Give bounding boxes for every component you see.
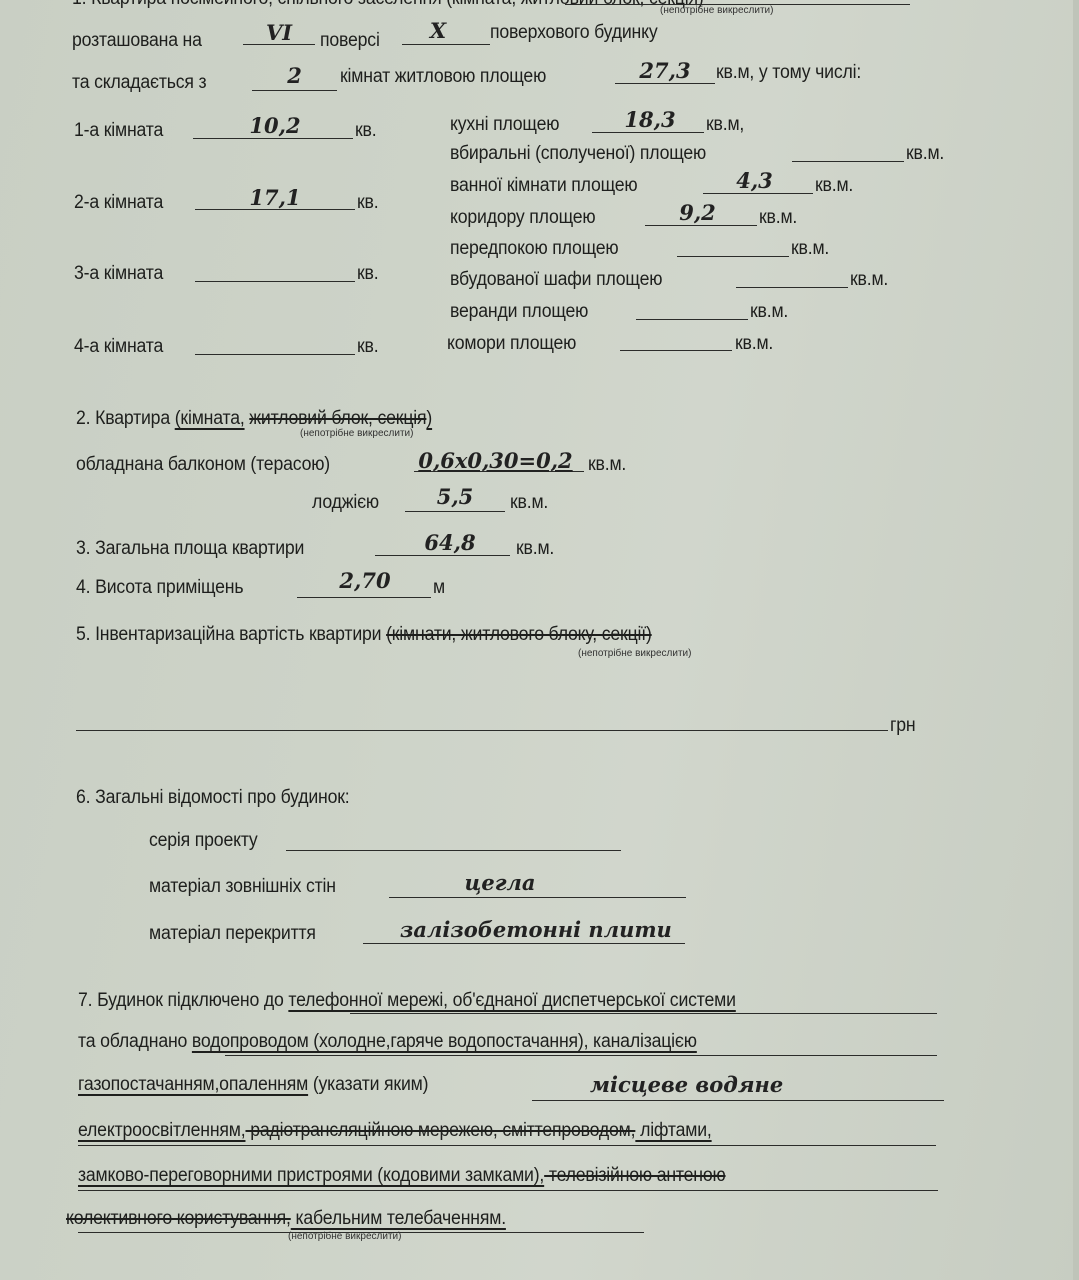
pantry-line bbox=[620, 350, 732, 351]
inventory-cross-out-note: (непотрібне викреслити) bbox=[578, 648, 691, 659]
pantry-unit: кв.м. bbox=[735, 333, 773, 355]
height-unit: м bbox=[433, 577, 445, 599]
bathroom-label: ванної кімнати площею bbox=[450, 175, 637, 197]
walls-label: матеріал зовнішніх стін bbox=[149, 876, 336, 898]
pantry-label: комори площею bbox=[447, 333, 576, 355]
heating-line bbox=[532, 1100, 944, 1101]
utilities-phone-dispatch: телефонної мережі, об'єднаної диспетчерс… bbox=[288, 990, 735, 1011]
balcony-label: обладнана балконом (терасою) bbox=[76, 454, 330, 476]
room-4-unit: кв. bbox=[357, 336, 378, 358]
closet-unit: кв.м. bbox=[850, 269, 888, 291]
floors-total-value[interactable]: X bbox=[402, 18, 474, 43]
kitchen-value[interactable]: 18,3 bbox=[605, 107, 695, 132]
corridor-value[interactable]: 9,2 bbox=[655, 200, 740, 225]
walls-value[interactable]: цегла bbox=[415, 870, 585, 895]
total-area-value[interactable]: 64,8 bbox=[400, 530, 500, 555]
kitchen-label: кухні площею bbox=[450, 114, 559, 136]
section1-top-fragment: 1. Квартира посімейного, спільного засел… bbox=[72, 0, 704, 10]
room-1-label: 1-а кімната bbox=[74, 120, 163, 142]
room-4-label: 4-а кімната bbox=[74, 336, 163, 358]
total-area-label: 3. Загальна площа квартири bbox=[76, 538, 304, 560]
utilities-water-sewer: водопроводом (холодне,гаряче водопостача… bbox=[192, 1031, 697, 1052]
rooms-count-value[interactable]: 2 bbox=[252, 63, 337, 88]
utilities-line-5: замково-переговорними пристроями (кодови… bbox=[78, 1165, 726, 1187]
ceiling-label: матеріал перекриття bbox=[149, 923, 316, 945]
section7-cross-out-note: (непотрібне викреслити) bbox=[288, 1231, 401, 1242]
room-2-value[interactable]: 17,1 bbox=[225, 185, 325, 210]
veranda-unit: кв.м. bbox=[750, 301, 788, 323]
underline-1 bbox=[350, 1013, 937, 1014]
room-1-unit: кв. bbox=[355, 120, 376, 142]
kitchen-line bbox=[592, 132, 704, 133]
room-1-value[interactable]: 10,2 bbox=[225, 113, 325, 138]
total-area-line bbox=[375, 555, 510, 556]
kitchen-unit: кв.м, bbox=[706, 114, 744, 136]
room-2-label: 2-а кімната bbox=[74, 192, 163, 214]
utilities-gas-heating: газопостачанням,опаленням bbox=[78, 1074, 308, 1095]
room-1-line bbox=[193, 138, 353, 139]
balcony-unit: кв.м. bbox=[588, 454, 626, 476]
ceiling-value[interactable]: залізобетонні плити bbox=[400, 917, 720, 942]
veranda-line bbox=[636, 319, 748, 320]
utilities-line-2: та обладнано водопроводом (холодне,гаряч… bbox=[78, 1031, 697, 1053]
utilities-specify-label: (указати яким) bbox=[308, 1074, 428, 1095]
inventory-value-line bbox=[76, 730, 888, 731]
corridor-unit: кв.м. bbox=[759, 207, 797, 229]
utilities-electric: електроосвітленням, bbox=[78, 1120, 245, 1141]
toilet-line bbox=[792, 161, 904, 162]
series-line bbox=[286, 850, 621, 851]
ceiling-line bbox=[363, 943, 685, 944]
rooms-mid: кімнат житловою площею bbox=[340, 66, 546, 88]
utilities-intercom: замково-переговорними пристроями (кодови… bbox=[78, 1165, 544, 1186]
loggia-unit: кв.м. bbox=[510, 492, 548, 514]
room-3-line bbox=[195, 281, 355, 282]
toilet-label: вбиральні (сполученої) площею bbox=[450, 143, 706, 165]
section2-title-text: 2. Квартира bbox=[76, 408, 170, 429]
hallway-unit: кв.м. bbox=[791, 238, 829, 260]
heating-value[interactable]: місцеве водяне bbox=[590, 1072, 810, 1097]
inventory-options: (кімнати, житлового блоку, секції) bbox=[386, 624, 652, 645]
cross-out-note: (непотрібне викреслити) bbox=[660, 5, 773, 16]
floor-suffix: поверхового будинку bbox=[490, 22, 657, 44]
height-label: 4. Висота приміщень bbox=[76, 577, 243, 599]
bathroom-unit: кв.м. bbox=[815, 175, 853, 197]
utilities-cable-tv: кабельним телебаченням. bbox=[291, 1208, 506, 1229]
corridor-label: коридору площею bbox=[450, 207, 596, 229]
utilities-prefix-2: та обладнано bbox=[78, 1031, 192, 1052]
section2-cross-out-note: (непотрібне викреслити) bbox=[300, 428, 413, 439]
floor-prefix: розташована на bbox=[72, 30, 202, 52]
loggia-value[interactable]: 5,5 bbox=[410, 484, 500, 509]
hallway-label: передпокою площею bbox=[450, 238, 618, 260]
utilities-line-6: колективного користування, кабельним тел… bbox=[66, 1208, 506, 1230]
inventory-label-text: 5. Інвентаризаційна вартість квартири bbox=[76, 624, 381, 645]
utilities-struck-collective: колективного користування, bbox=[66, 1208, 291, 1229]
series-label: серія проекту bbox=[149, 830, 258, 852]
utilities-line-4: електроосвітленням, радіотрансляційною м… bbox=[78, 1120, 712, 1142]
bathroom-line bbox=[703, 193, 813, 194]
underline-5 bbox=[78, 1190, 938, 1191]
inventory-value-label: 5. Інвентаризаційна вартість квартири (к… bbox=[76, 624, 652, 646]
floor-value[interactable]: VI bbox=[243, 20, 315, 45]
height-value[interactable]: 2,70 bbox=[315, 568, 415, 593]
loggia-label: лоджією bbox=[312, 492, 379, 514]
underline-2 bbox=[225, 1055, 937, 1056]
corridor-line bbox=[645, 225, 757, 226]
utilities-prefix-1: 7. Будинок підключено до bbox=[78, 990, 288, 1011]
room-4-line bbox=[195, 354, 355, 355]
utilities-lifts: ліфтами, bbox=[635, 1120, 711, 1141]
height-line bbox=[297, 597, 431, 598]
veranda-label: веранди площею bbox=[450, 301, 588, 323]
closet-line bbox=[736, 287, 848, 288]
room-2-unit: кв. bbox=[357, 192, 378, 214]
toilet-unit: кв.м. bbox=[906, 143, 944, 165]
underline-4 bbox=[78, 1145, 936, 1146]
page-edge-shadow bbox=[1073, 0, 1079, 1280]
rooms-count-line bbox=[252, 90, 337, 91]
utilities-line-3: газопостачанням,опаленням (указати яким) bbox=[78, 1074, 428, 1096]
total-area-unit: кв.м. bbox=[516, 538, 554, 560]
loggia-line bbox=[405, 511, 505, 512]
floor-mid: поверсі bbox=[320, 30, 380, 52]
utilities-struck-radio-waste: радіотрансляційною мережею, сміттепровод… bbox=[245, 1120, 635, 1141]
section2-option-kept: (кімната, bbox=[175, 408, 245, 429]
hallway-line bbox=[677, 256, 789, 257]
inventory-unit: грн bbox=[890, 715, 915, 737]
walls-line bbox=[389, 897, 686, 898]
living-area-line bbox=[615, 83, 715, 84]
section2-option-close: ) bbox=[426, 408, 432, 429]
utilities-struck-tv-antenna: телевізійною антеною bbox=[544, 1165, 725, 1186]
section6-title: 6. Загальні відомості про будинок: bbox=[76, 787, 350, 809]
room-3-label: 3-а кімната bbox=[74, 263, 163, 285]
living-area-value[interactable]: 27,3 bbox=[625, 58, 705, 83]
rooms-prefix: та складається з bbox=[72, 72, 206, 94]
room-3-unit: кв. bbox=[357, 263, 378, 285]
rooms-suffix: кв.м, у тому числі: bbox=[716, 62, 861, 84]
section2-title: 2. Квартира (кімната, житловий блок, сек… bbox=[76, 408, 432, 430]
bathroom-value[interactable]: 4,3 bbox=[712, 168, 797, 193]
balcony-value[interactable]: 0,6х0,30=0,2 bbox=[408, 448, 583, 473]
utilities-line-1: 7. Будинок підключено до телефонної мере… bbox=[78, 990, 736, 1012]
section2-option-struck: житловий блок, секція bbox=[249, 408, 426, 429]
closet-label: вбудованої шафи площею bbox=[450, 269, 662, 291]
floors-total-line bbox=[402, 44, 490, 45]
